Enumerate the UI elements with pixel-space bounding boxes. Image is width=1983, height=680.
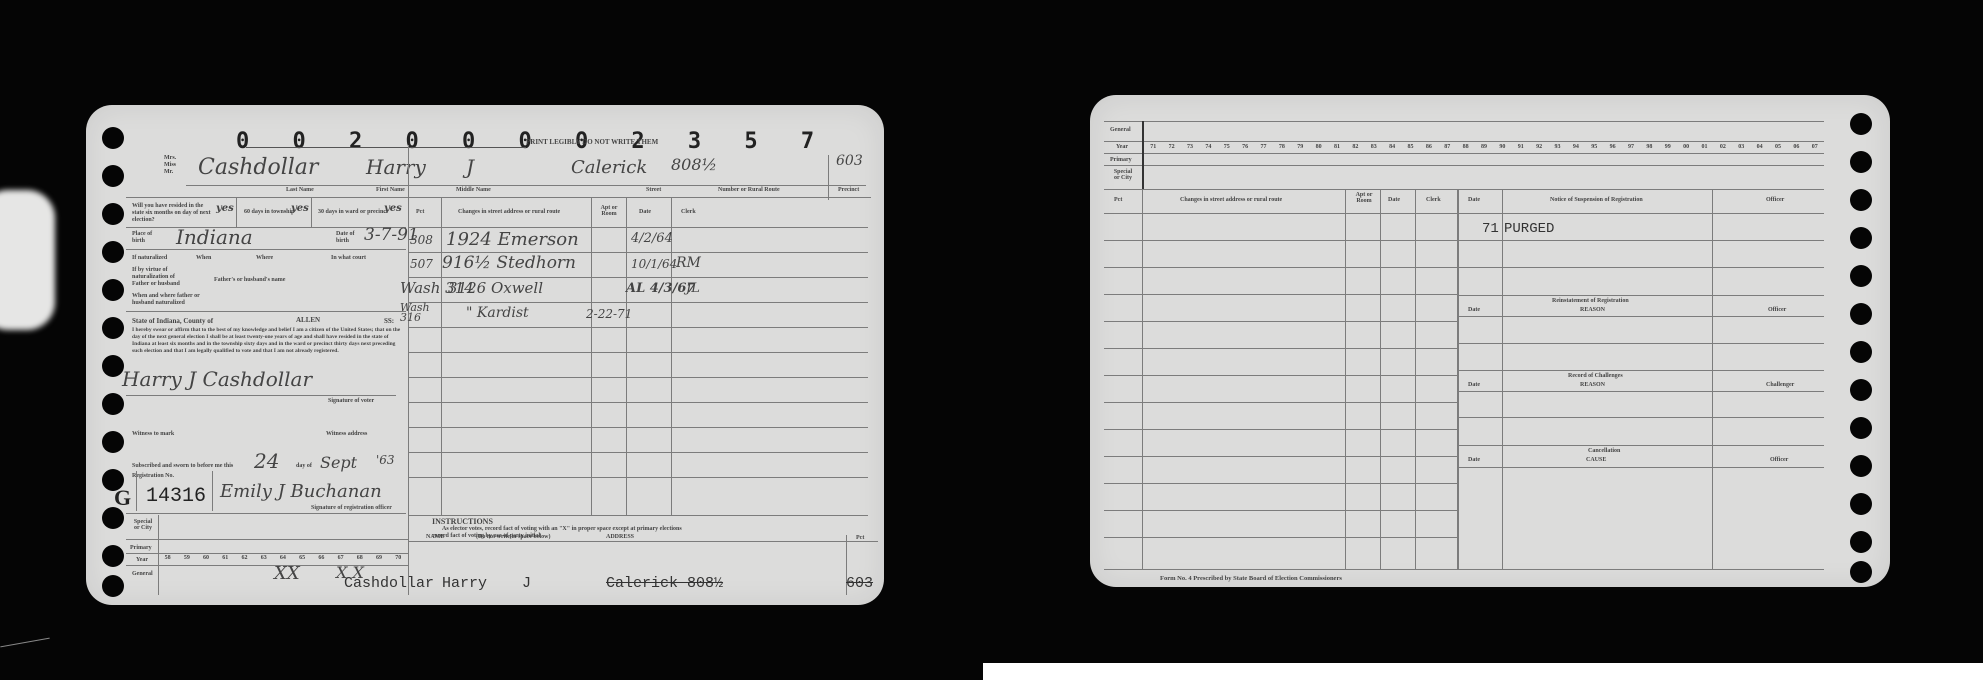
- first-name-value: Harry: [366, 155, 426, 179]
- oath-text: I hereby swear or affirm that to the bes…: [132, 327, 402, 355]
- residence-question-state: Will you have resided in the state six m…: [132, 203, 212, 224]
- cancellation-title: Cancellation: [1588, 448, 1620, 454]
- footer-name-label: NAME: [426, 534, 444, 540]
- street-value: Calerick: [571, 157, 647, 178]
- residence-answer-state: yes: [216, 203, 234, 214]
- cancellation-cause-header: CAUSE: [1586, 457, 1606, 463]
- officer-signature: Emily J Buchanan: [220, 481, 382, 502]
- challenges-date-header: Date: [1468, 382, 1480, 388]
- challenges-challenger-header: Challenger: [1766, 382, 1794, 388]
- oath-state-line: State of Indiana, County of: [132, 317, 213, 325]
- witness-mark-label: Witness to mark: [132, 431, 174, 437]
- footer-address-label: ADDRESS: [606, 534, 634, 540]
- instructions-title: INSTRUCTIONS: [432, 517, 493, 526]
- place-of-birth-value: Indiana: [176, 225, 253, 249]
- father-husband-when-label: When and where father or husband natural…: [132, 293, 204, 307]
- registration-number: 14316: [146, 485, 206, 508]
- subscribed-day: 24: [254, 449, 279, 473]
- general-vote-mark: XX: [274, 563, 300, 584]
- header-notice: PRINT LEGIBLY DO NOT WRITE THEM: [526, 138, 658, 146]
- place-of-birth-label: Place of birth: [132, 231, 162, 245]
- subscribed-month: Sept: [320, 453, 357, 472]
- challenges-reason-header: REASON: [1580, 382, 1605, 388]
- cancellation-date-header: Date: [1468, 457, 1480, 463]
- suspension-date: 71: [1482, 221, 1499, 237]
- form-footer: Form No. 4 Prescribed by State Board of …: [1160, 575, 1342, 582]
- footer-pct-label: Pct: [856, 535, 864, 541]
- front-registration-card: 0 0 2 0 0 0 0 2 3 5 7 PRINT LEGIBLY DO N…: [86, 105, 884, 605]
- first-name-label: First Name: [376, 187, 405, 193]
- number-value: 808½: [671, 155, 717, 174]
- footer-do-not-write: (Do not write in space below): [476, 534, 551, 540]
- registration-prefix: G: [114, 485, 131, 511]
- typed-last-name: Cashdollar: [344, 575, 434, 592]
- reinstatement-officer-header: Officer: [1768, 307, 1786, 313]
- precinct-value: 603: [836, 153, 863, 169]
- back-registration-card: General Year Primary Special or City 71 …: [1090, 95, 1890, 587]
- challenges-title: Record of Challenges: [1568, 373, 1623, 379]
- typed-address-struck: Calerick 808½: [606, 575, 723, 592]
- oath-county: ALLEN: [296, 316, 320, 324]
- last-name-value: Cashdollar: [198, 155, 318, 180]
- naturalized-when-label: When: [196, 255, 211, 261]
- subscribed-label: Subscribed and sworn to before me this: [132, 463, 233, 469]
- typed-middle-initial: J: [522, 575, 531, 592]
- middle-name-value: J: [466, 155, 474, 179]
- residence-answer-precinct: yes: [384, 203, 402, 214]
- precinct-label: Precinct: [838, 187, 859, 193]
- salutation-options: Mrs. Miss Mr.: [164, 155, 176, 176]
- voter-signature-label: Signature of voter: [328, 398, 374, 404]
- residence-answer-township: yes: [291, 203, 309, 214]
- middle-name-label: Middle Name: [456, 187, 491, 193]
- oath-ss: SS:: [384, 317, 394, 325]
- naturalized-court-label: In what court: [331, 255, 366, 261]
- typed-pct-struck: 603: [846, 575, 873, 592]
- typed-first-name: Harry: [442, 575, 487, 592]
- registration-label: Registration No.: [132, 473, 174, 479]
- reinstatement-date-header: Date: [1468, 307, 1480, 313]
- street-label: Street: [646, 187, 661, 193]
- officer-signature-label: Signature of registration officer: [311, 505, 392, 511]
- last-name-label: Last Name: [286, 187, 314, 193]
- reinstatement-reason-header: REASON: [1580, 307, 1605, 313]
- suspension-notice: PURGED: [1504, 221, 1554, 237]
- bottom-white-panel: [983, 663, 1983, 680]
- witness-address-label: Witness address: [326, 431, 367, 437]
- cancellation-officer-header: Officer: [1770, 457, 1788, 463]
- number-label: Number or Rural Route: [718, 187, 780, 193]
- naturalized-where-label: Where: [256, 255, 273, 261]
- instructions-line-1: As elector votes, record fact of voting …: [442, 526, 682, 532]
- residence-question-precinct: 30 days in ward or precinct: [318, 209, 388, 215]
- reinstatement-title: Reinstatement of Registration: [1552, 298, 1629, 304]
- voter-signature: Harry J Cashdollar: [122, 367, 312, 391]
- subscribed-day-label: day of: [296, 463, 312, 469]
- subscribed-year: '63: [376, 453, 395, 467]
- date-of-birth-label: Date of birth: [336, 231, 366, 245]
- blurred-edge-object: [0, 190, 55, 330]
- father-husband-label: If by virtue of naturalization of Father…: [132, 267, 192, 288]
- scratch-line: [0, 638, 49, 648]
- father-husband-name-label: Father's or husband's name: [214, 277, 285, 283]
- naturalized-label: If naturalized: [132, 255, 167, 261]
- residence-question-township: 60 days in township: [244, 209, 295, 215]
